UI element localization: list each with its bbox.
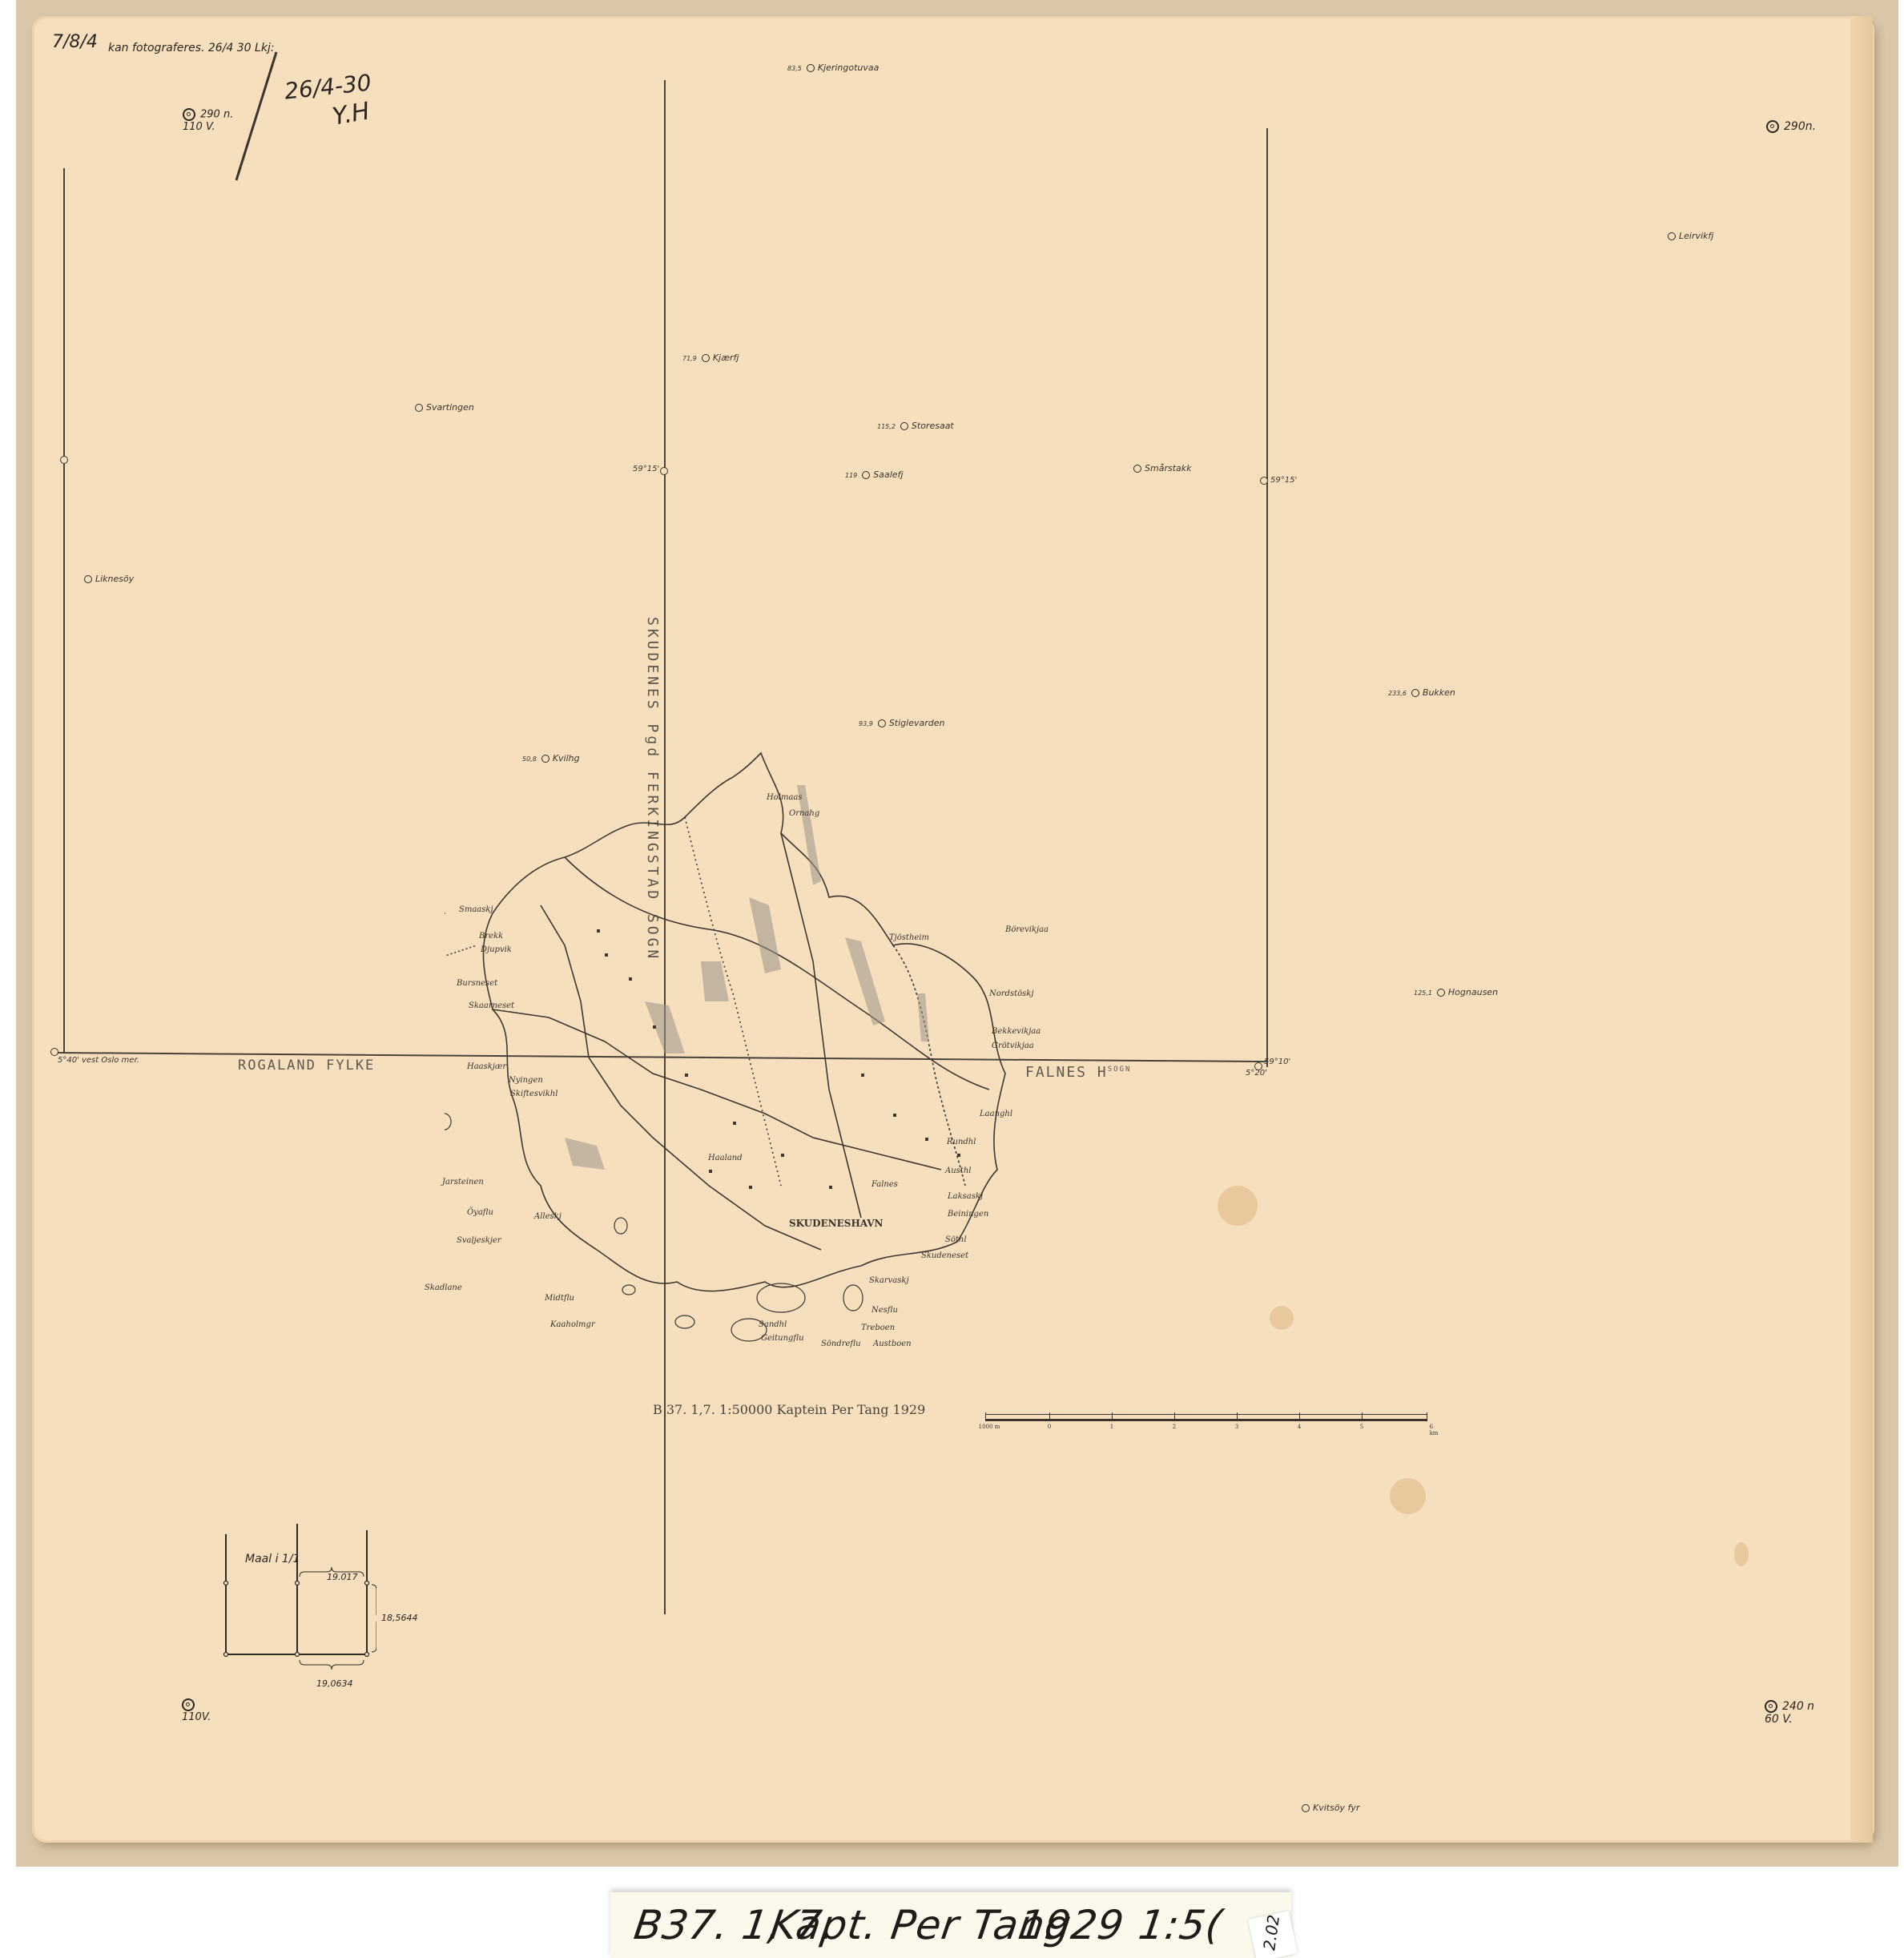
place-label: Kaaholmgr [550,1320,595,1329]
torn-tag: 2.02 [1248,1911,1298,1958]
corner-mark-tr: 290n. [1766,120,1816,133]
place-label: Haaland [708,1154,743,1162]
stain [1734,1542,1749,1566]
trig-circle-icon [1437,989,1445,997]
label-year: 1929 [1016,1902,1127,1948]
inset-top-measure: 19.017 [327,1572,358,1582]
place-label: Skarvaskj [869,1276,909,1285]
trig-point: 93,9Stiglevarden [859,718,944,728]
target-icon [1765,1700,1777,1713]
target-icon [183,108,195,121]
grid-line-west [63,168,65,1054]
trig-circle-icon [1411,689,1419,697]
place-label: Holmaas [767,793,802,802]
trig-circle-icon [415,404,423,412]
coord-label-lat-center: 59°15' [633,465,659,473]
place-label: Svaljeskjer [457,1236,501,1245]
trig-point: 115,2Storesaat [877,421,954,431]
place-label: Beiningen [948,1210,988,1219]
measurement-inset [216,1522,376,1682]
trig-circle-icon [702,354,710,362]
trig-point: Leirvikfj [1668,231,1713,241]
coord-label-lat-east: 59°15' [1270,476,1297,485]
grid-node [1260,477,1268,485]
coord-label-se-lon: 5°20' [1246,1069,1267,1078]
place-label: Öyaflu [467,1208,493,1217]
place-label: Austboen [873,1340,912,1348]
place-label: Börevikjaa [1005,925,1049,934]
trig-point: Liknesöy [84,574,134,584]
corner-mark-tl: 290 n. 110 V. [183,108,233,133]
karmoy-south-map [445,737,1061,1362]
place-label: Nesflu [871,1306,898,1315]
catalog-label-strip: B37. 1, 7. Kapt. Per Tang 1929 1:5( [610,1892,1291,1958]
place-label: Sandhl [759,1320,787,1329]
trig-point: Svartingen [415,402,474,413]
coord-label-sw: 5°40' vest Oslo mer. [58,1056,139,1065]
county-label: ROGALAND FYLKE [238,1058,375,1074]
place-label: Austhl [945,1166,971,1175]
place-label: Skaarneset [469,1001,514,1010]
trig-circle-icon [84,575,92,583]
grid-node [50,1048,58,1056]
trig-circle-icon [900,422,908,430]
target-icon [1766,120,1779,133]
inset-bottom-measure: 19,0634 [316,1678,353,1689]
trig-point: 71,9Kjærfj [682,353,739,363]
place-label: Bekkevikjaa [992,1027,1041,1036]
place-label: Skiftesvikhl [510,1090,558,1098]
place-label: Skudeneset [921,1251,968,1260]
place-label: Söndreflu [821,1340,861,1348]
place-label: Rundhl [947,1138,976,1146]
place-label: Alleskj [534,1212,562,1221]
inset-right-measure: 18,5644 [381,1613,418,1623]
trig-point: 119Saalefj [845,469,904,480]
pencil-stroke [232,48,280,184]
sheet-edge [1850,16,1873,1843]
place-label: Bursneset [457,979,497,988]
coord-label-se-lat: 59°10' [1264,1058,1290,1066]
place-label: Brekk [479,932,503,941]
place-label: Treboen [861,1323,895,1332]
place-label: Jarsteinen [442,1178,484,1186]
trig-circle-icon [807,64,815,72]
trig-point: 125,1Hognausen [1414,987,1498,997]
place-label: Tjöstheim [889,933,929,942]
place-label: Grötvikjaa [992,1041,1034,1050]
grid-node [60,456,68,464]
place-label: Nordstöskj [989,989,1033,998]
place-label: Geitungflu [761,1334,804,1343]
label-scale: 1:5( [1136,1902,1226,1948]
place-label: Skadlane [425,1283,462,1292]
place-label: Söthl [945,1235,967,1244]
place-label: Haaskjær [467,1062,506,1071]
trig-point: Smårstakk [1133,463,1192,473]
trig-point: 233,6Bukken [1388,687,1455,698]
place-label: Falnes [871,1180,898,1189]
inset-title: Maal i 1/1 [245,1553,300,1565]
place-label: Midtflu [545,1294,574,1303]
sheet-imprint: B 37. 1,7. 1:50000 Kaptein Per Tang 1929 [653,1402,925,1417]
stain [1270,1306,1294,1330]
trig-point: 83,5Kjeringotuvaa [787,62,879,73]
stain [1218,1186,1258,1226]
stain [1390,1478,1426,1514]
target-icon [182,1698,195,1711]
trig-circle-icon [1302,1804,1310,1812]
grid-line-east [1266,128,1268,1067]
place-label: Djupvik [481,945,512,954]
place-label: Nyingen [509,1076,543,1085]
corner-mark-bl: 110V. [182,1698,211,1723]
place-label: Ornahg [789,809,819,818]
catalog-mark: 7/8/4 [52,32,98,52]
town-label: SKUDENESHAVN [789,1218,884,1229]
place-label: Smaaskj [459,905,493,914]
trig-circle-icon [1133,465,1141,473]
place-label: Laanghl [980,1110,1012,1118]
trig-point: Kvitsöy fyr [1302,1803,1359,1813]
place-label: Laksaskj [948,1192,983,1201]
trig-circle-icon [862,471,870,479]
grid-node [660,467,668,475]
trig-circle-icon [878,719,886,727]
scale-bar: 1000 m 0 1 2 3 4 5 6 km [985,1414,1427,1446]
corner-mark-br: 240 n 60 V. [1765,1700,1814,1726]
trig-circle-icon [1668,232,1676,240]
